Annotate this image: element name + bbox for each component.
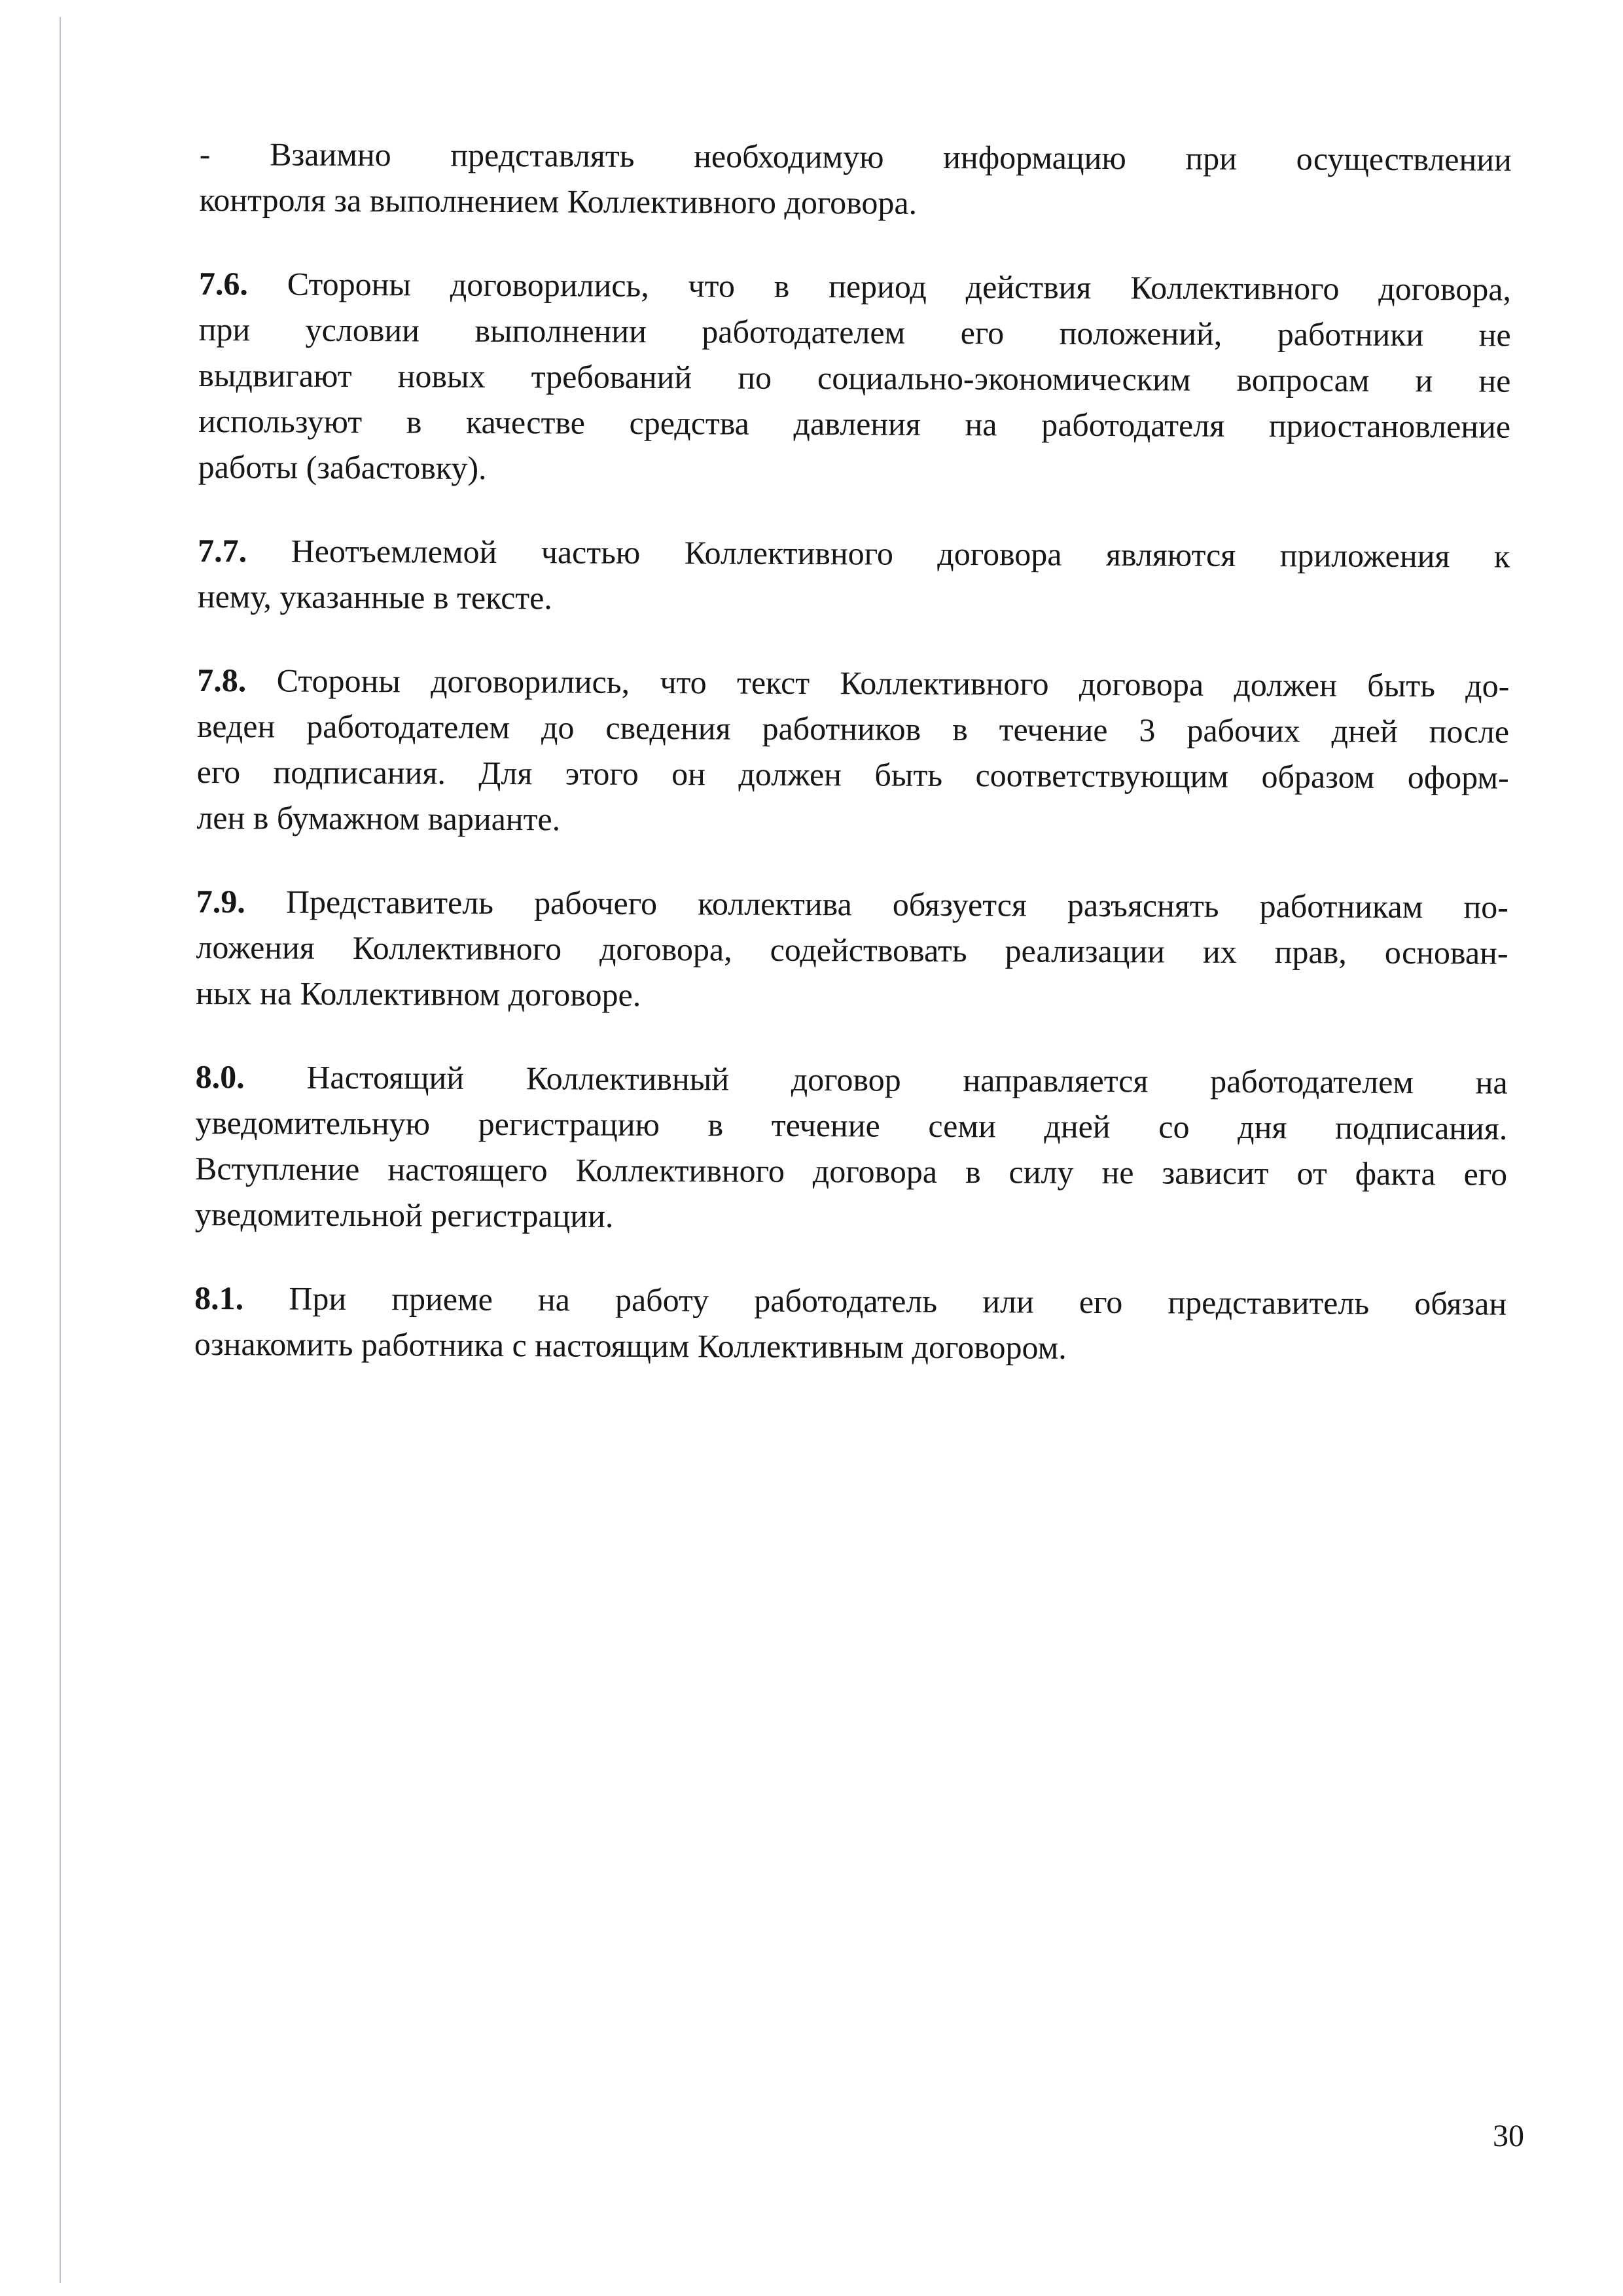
- page-number: 30: [1493, 2119, 1524, 2153]
- paragraph-clause-7-8: 7.8. Стороны договорились, что текст Кол…: [196, 657, 1509, 846]
- text-segment: Настоящий Коллективный договор направляе…: [306, 1059, 1508, 1101]
- paragraph-mutual-info: - Взаимно представлять необходимую инфор…: [199, 131, 1512, 228]
- text-line: при условии выполнении работодателем его…: [199, 306, 1511, 358]
- paragraph-clause-7-6: 7.6. Стороны договорились, что в период …: [198, 260, 1512, 495]
- scanned-document-page: - Взаимно представлять необходимую инфор…: [0, 0, 1623, 2296]
- text-line: - Взаимно представлять необходимую инфор…: [200, 131, 1512, 183]
- text-line: 8.0. Настоящий Коллективный договор напр…: [196, 1054, 1508, 1105]
- list-dash-marker: -: [200, 135, 211, 172]
- text-line: веден работодателем до сведения работник…: [197, 703, 1509, 755]
- text-segment: Взаимно представлять необходимую информа…: [270, 135, 1512, 177]
- document-text-block: - Взаимно представлять необходимую инфор…: [194, 131, 1512, 1372]
- paragraph-clause-8-0: 8.0. Настоящий Коллективный договор напр…: [195, 1054, 1508, 1243]
- text-segment: При приеме на работу работодатель или ег…: [289, 1280, 1507, 1322]
- paragraph-clause-7-7: 7.7. Неотъемлемой частью Коллективного д…: [198, 528, 1510, 625]
- text-line: контроля за выполнением Коллективного до…: [199, 177, 1511, 228]
- clause-number: 8.1.: [194, 1280, 243, 1316]
- text-line: работы (забастовку).: [198, 444, 1510, 495]
- text-segment: Неотъемлемой частью Коллективного догово…: [291, 533, 1510, 575]
- text-line: нему, указанные в тексте.: [198, 573, 1510, 625]
- text-segment: Стороны договорились, что текст Коллекти…: [277, 662, 1510, 704]
- text-line: ложения Коллективного договора, содейств…: [196, 924, 1508, 976]
- clause-number: 7.7.: [198, 532, 247, 569]
- text-segment: Представитель рабочего коллектива обязуе…: [286, 884, 1508, 925]
- text-line: лен в бумажном варианте.: [196, 795, 1508, 846]
- text-line: уведомительную регистрацию в течение сем…: [195, 1100, 1507, 1151]
- text-line: 7.9. Представитель рабочего коллектива о…: [196, 878, 1508, 930]
- text-line: ознакомить работника с настоящим Коллект…: [194, 1321, 1507, 1372]
- clause-number: 7.8.: [197, 662, 246, 698]
- text-line: 7.8. Стороны договорились, что текст Кол…: [197, 657, 1509, 709]
- paragraph-clause-8-1: 8.1. При приеме на работу работодатель и…: [194, 1275, 1507, 1372]
- text-line: его подписания. Для этого он должен быть…: [197, 749, 1509, 800]
- clause-number: 8.0.: [196, 1058, 245, 1095]
- clause-number: 7.6.: [199, 265, 248, 302]
- text-line: 7.7. Неотъемлемой частью Коллективного д…: [198, 528, 1510, 579]
- text-line: Вступление настоящего Коллективного дого…: [195, 1145, 1507, 1197]
- text-segment: Стороны договорились, что в период дейст…: [287, 266, 1511, 308]
- text-line: ных на Коллективном договоре.: [196, 970, 1508, 1022]
- text-line: уведомительной регистрации.: [195, 1191, 1507, 1243]
- text-line: 8.1. При приеме на работу работодатель и…: [194, 1275, 1507, 1327]
- text-line: используют в качестве средства давления …: [198, 398, 1510, 450]
- clause-number: 7.9.: [196, 883, 245, 920]
- text-line: выдвигают новых требований по социально-…: [198, 352, 1510, 404]
- scan-edge-artifact-line: [60, 17, 61, 2283]
- text-line: 7.6. Стороны договорились, что в период …: [199, 260, 1511, 312]
- paragraph-clause-7-9: 7.9. Представитель рабочего коллектива о…: [196, 878, 1508, 1022]
